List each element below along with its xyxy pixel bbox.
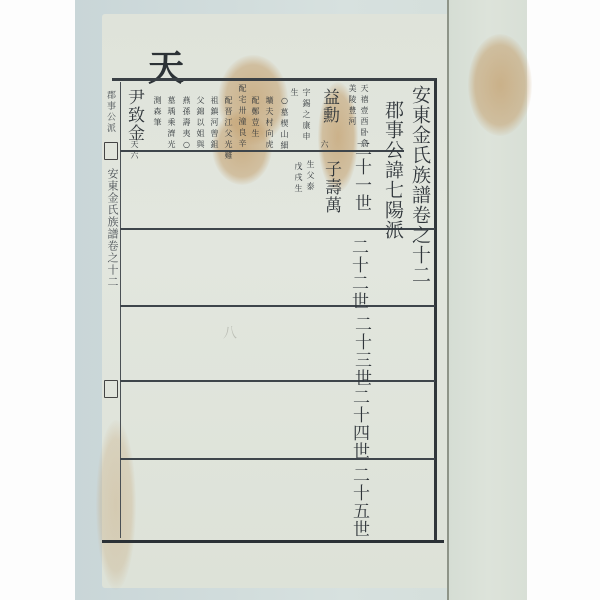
small-col-14: 測森筆 bbox=[153, 96, 161, 129]
water-stain-right bbox=[468, 34, 532, 136]
generation-24: 二十四世 bbox=[350, 388, 367, 460]
generation-23: 二十三世 bbox=[352, 315, 369, 387]
small-col-7: 配鄭荳生 bbox=[251, 96, 259, 140]
small-col-5: ○墓楔山細 bbox=[280, 96, 288, 152]
fishtail-mark-top bbox=[104, 142, 118, 160]
branch-title: 郡事公諱七陽派 bbox=[383, 100, 402, 240]
wife-suffix: 天六 bbox=[130, 140, 138, 162]
son-line: 子壽萬 bbox=[322, 160, 339, 214]
spine-branch-label: 郡事公派 bbox=[104, 90, 117, 134]
small-col-1: 天禧壹酉卧翕 bbox=[360, 84, 368, 150]
row-divider-4 bbox=[120, 380, 435, 382]
row-divider-3 bbox=[120, 305, 435, 307]
small-col-2: 美陵豊河 bbox=[348, 84, 356, 128]
generation-25: 二十五世 bbox=[350, 466, 367, 538]
generation-22: 二十二世 bbox=[349, 238, 366, 310]
son-note-2: 戊戌生 bbox=[294, 162, 302, 195]
small-col-6: 壙夫村向虎 bbox=[265, 96, 273, 151]
son-note-1: 生父泰 bbox=[306, 160, 314, 193]
book-title: 安東金氏族譜卷之十二 bbox=[410, 85, 429, 285]
small-col-11: 父錦以姐與 bbox=[196, 96, 204, 151]
small-col-9: 配晋江父光雞 bbox=[224, 96, 232, 162]
bleed-through-char: 八 bbox=[222, 325, 236, 340]
row-divider-5 bbox=[120, 458, 435, 460]
wife-name: 尹致金 bbox=[125, 88, 142, 142]
small-col-3: 字錫之康申 bbox=[302, 88, 310, 143]
main-name-suffix: 六 bbox=[320, 140, 328, 151]
generation-21: 二十一世 bbox=[352, 140, 369, 212]
small-col-10: 祖鎮河曾鉏 bbox=[210, 96, 218, 151]
small-col-4: 生 bbox=[290, 88, 298, 99]
small-col-8: 配宅卅潼良辛 bbox=[238, 84, 246, 150]
frame-bottom-line bbox=[102, 540, 444, 543]
small-col-13: 墓瑀乘濟光 bbox=[167, 96, 175, 151]
spine-title: 安東金氏族譜卷之十二 bbox=[104, 168, 120, 288]
fishtail-mark-bottom bbox=[104, 380, 118, 398]
small-col-12: 燕孫壽夷○ bbox=[182, 96, 190, 152]
main-name: 益勳 bbox=[320, 88, 337, 124]
